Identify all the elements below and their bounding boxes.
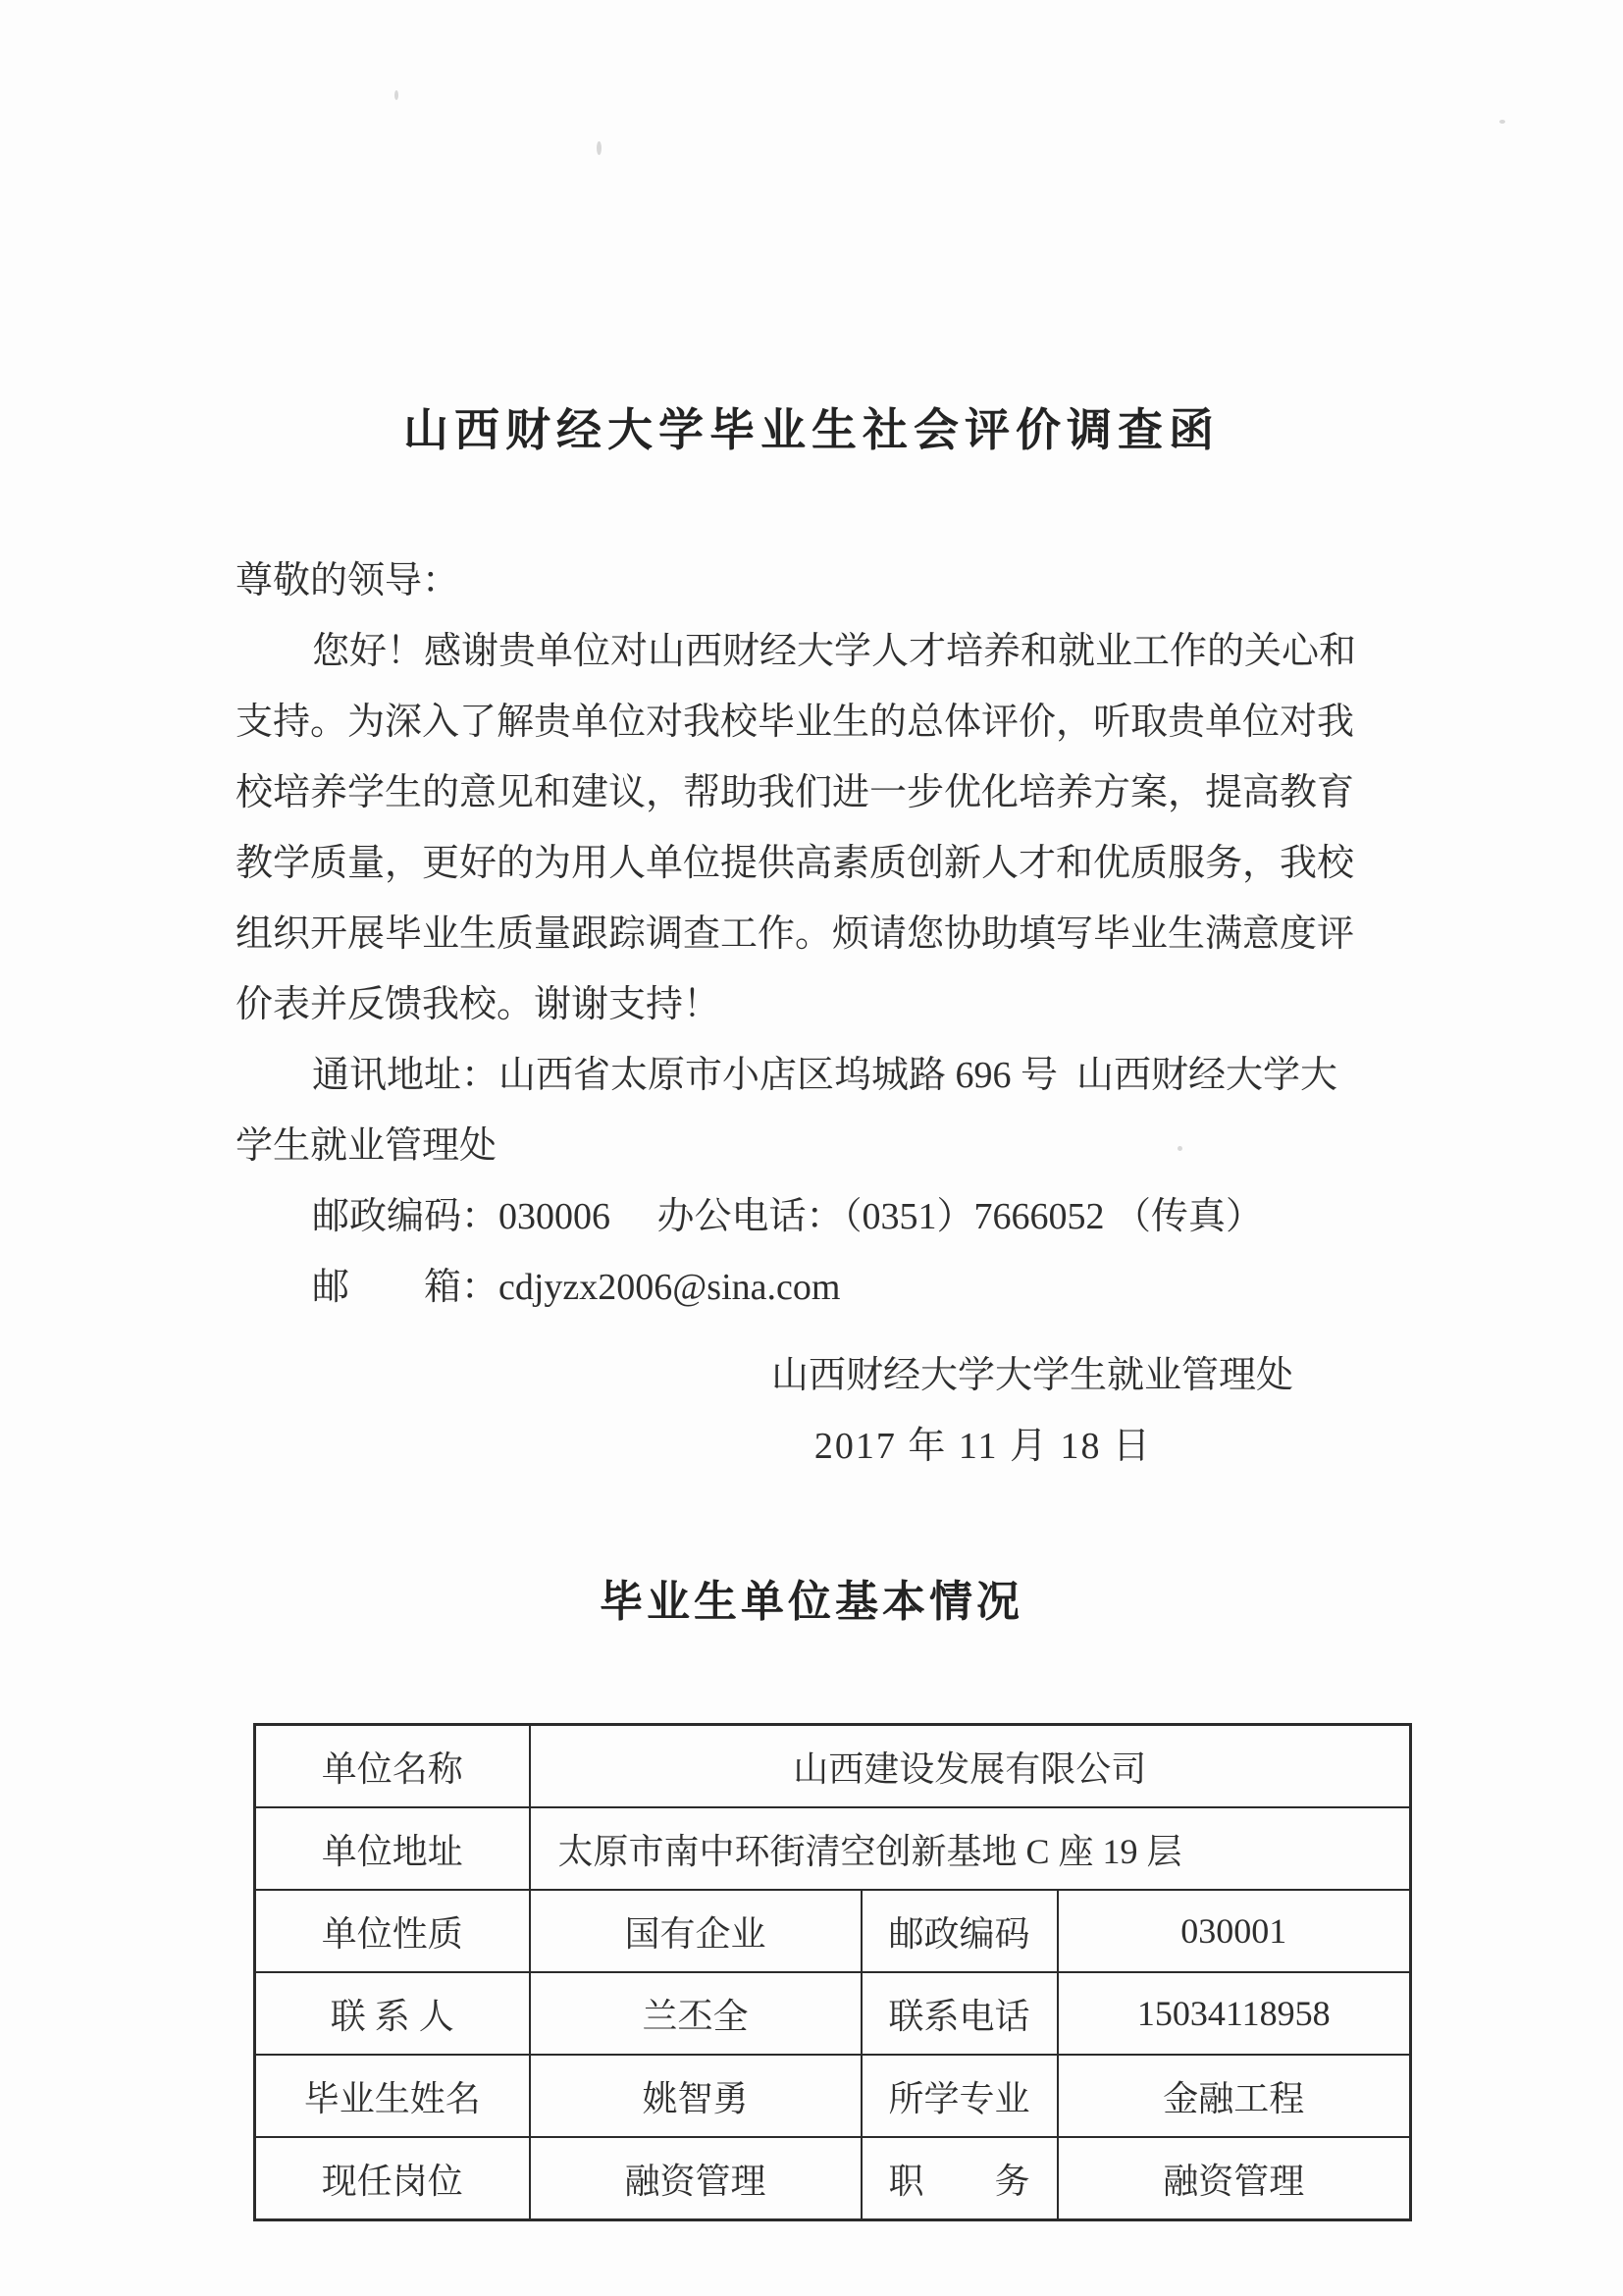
letter-line: 支持。为深入了解贵单位对我校毕业生的总体评价，听取贵单位对我 [236, 687, 1409, 757]
postal-phone-line: 邮政编码：030006 办公电话：（0351）7666052 （传真） [236, 1181, 1409, 1252]
letter-line: 您好！感谢贵单位对山西财经大学人才培养和就业工作的关心和 [236, 616, 1409, 687]
mailing-address-line: 学生就业管理处 [236, 1111, 1409, 1181]
contact-person-label: 联 系 人 [255, 1972, 530, 2055]
document-title: 山西财经大学毕业生社会评价调查函 [0, 394, 1623, 459]
unit-type-value: 国有企业 [530, 1890, 862, 1972]
letter-line: 价表并反馈我校。谢谢支持！ [236, 969, 1409, 1040]
table-row-contact: 联 系 人 兰丕全 联系电话 15034118958 [255, 1972, 1411, 2055]
job-title-label: 职 务 [862, 2137, 1058, 2220]
postal-code-value: 030001 [1058, 1890, 1411, 1972]
unit-address-value: 太原市南中环街清空创新基地 C 座 19 层 [530, 1807, 1411, 1890]
unit-name-value: 山西建设发展有限公司 [530, 1725, 1411, 1808]
table-row-unit-address: 单位地址 太原市南中环街清空创新基地 C 座 19 层 [255, 1807, 1411, 1890]
table-row-graduate: 毕业生姓名 姚智勇 所学专业 金融工程 [255, 2055, 1411, 2137]
graduate-name-label: 毕业生姓名 [255, 2055, 530, 2137]
graduate-employer-info-table: 单位名称 山西建设发展有限公司 单位地址 太原市南中环街清空创新基地 C 座 1… [253, 1723, 1412, 2221]
section-title: 毕业生单位基本情况 [0, 1566, 1623, 1629]
major-label: 所学专业 [862, 2055, 1058, 2137]
graduate-name-value: 姚智勇 [530, 2055, 862, 2137]
table-row-unit-name: 单位名称 山西建设发展有限公司 [255, 1725, 1411, 1808]
letter-line: 校培养学生的意见和建议，帮助我们进一步优化培养方案，提高教育 [236, 757, 1409, 828]
unit-name-label: 单位名称 [255, 1725, 530, 1808]
letter-line: 组织开展毕业生质量跟踪调查工作。烦请您协助填写毕业生满意度评 [236, 899, 1409, 969]
table-row-position: 现任岗位 融资管理 职 务 融资管理 [255, 2137, 1411, 2220]
scan-speck [1178, 1146, 1182, 1151]
major-value: 金融工程 [1058, 2055, 1411, 2137]
contact-person-value: 兰丕全 [530, 1972, 862, 2055]
table-row-unit-type: 单位性质 国有企业 邮政编码 030001 [255, 1890, 1411, 1972]
scan-speck [394, 90, 398, 100]
scan-speck [597, 141, 602, 155]
unit-type-label: 单位性质 [255, 1890, 530, 1972]
postal-code-label: 邮政编码 [862, 1890, 1058, 1972]
mailing-address-line: 通讯地址：山西省太原市小店区坞城路 696 号 山西财经大学大 [236, 1040, 1409, 1111]
current-post-label: 现任岗位 [255, 2137, 530, 2220]
current-post-value: 融资管理 [530, 2137, 862, 2220]
date: 2017 年 11 月 18 日 [236, 1411, 1409, 1482]
letter-body: 尊敬的领导： 您好！感谢贵单位对山西财经大学人才培养和就业工作的关心和 支持。为… [236, 546, 1409, 1482]
contact-phone-label: 联系电话 [862, 1972, 1058, 2055]
signature: 山西财经大学大学生就业管理处 [236, 1340, 1409, 1411]
contact-phone-value: 15034118958 [1058, 1972, 1411, 2055]
job-title-value: 融资管理 [1058, 2137, 1411, 2220]
letter-line: 教学质量，更好的为用人单位提供高素质创新人才和优质服务，我校 [236, 828, 1409, 899]
scanned-document-page: 山西财经大学毕业生社会评价调查函 尊敬的领导： 您好！感谢贵单位对山西财经大学人… [0, 0, 1623, 2296]
scan-speck [1499, 120, 1505, 124]
salutation: 尊敬的领导： [236, 546, 1409, 616]
unit-address-label: 单位地址 [255, 1807, 530, 1890]
email-line: 邮 箱：cdjyzx2006@sina.com [236, 1252, 1409, 1323]
